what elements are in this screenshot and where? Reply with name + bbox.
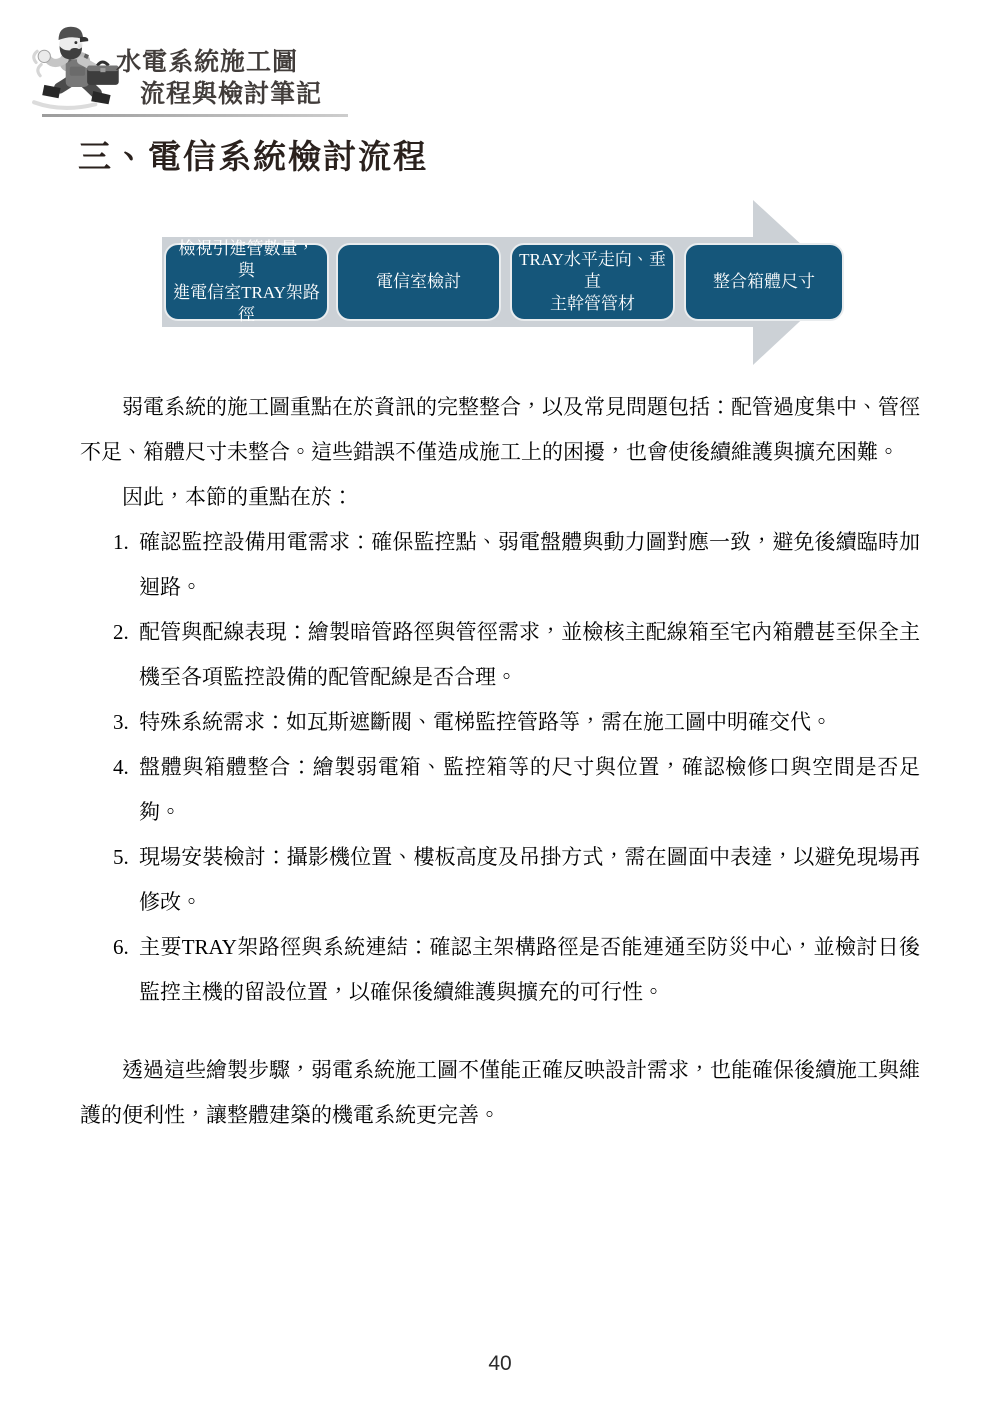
flow-step-1: 檢視引進管數量，與 進電信室TRAY架路徑 — [164, 243, 329, 321]
paragraph-closing: 透過這些繪製步驟，弱電系統施工圖不僅能正確反映設計需求，也能確保後續施工與維護的… — [80, 1048, 920, 1138]
logo-title-line2: 流程與檢討筆記 — [116, 78, 322, 110]
section-heading: 三、電信系統檢討流程 — [78, 131, 428, 178]
logo-title: 水電系統施工圖 流程與檢討筆記 — [116, 46, 322, 110]
item-number: 3. — [113, 700, 139, 745]
logo: 水電系統施工圖 流程與檢討筆記 — [30, 12, 350, 122]
flow-step-3: TRAY水平走向、垂直 主幹管管材 — [510, 243, 675, 321]
flow-step-4: 整合箱體尺寸 — [684, 243, 844, 321]
item-number: 6. — [113, 925, 139, 970]
item-number: 1. — [113, 520, 139, 565]
numbered-list: 1. 確認監控設備用電需求：確保監控點、弱電盤體與動力圖對應一致，避免後續臨時加… — [80, 520, 920, 1015]
list-item: 6. 主要TRAY架路徑與系統連結：確認主架構路徑是否能連通至防災中心，並檢討日… — [113, 925, 920, 1015]
paragraph-intro: 弱電系統的施工圖重點在於資訊的完整整合，以及常見問題包括：配管過度集中、管徑不足… — [80, 385, 920, 475]
flow-step-2: 電信室檢討 — [336, 243, 501, 321]
item-text: 特殊系統需求：如瓦斯遮斷閥、電梯監控管路等，需在施工圖中明確交代。 — [139, 700, 920, 745]
item-number: 4. — [113, 745, 139, 790]
item-text: 確認監控設備用電需求：確保監控點、弱電盤體與動力圖對應一致，避免後續臨時加迴路。 — [139, 520, 920, 610]
paragraph-lead-in: 因此，本節的重點在於： — [80, 475, 920, 520]
item-number: 2. — [113, 610, 139, 655]
body-content: 弱電系統的施工圖重點在於資訊的完整整合，以及常見問題包括：配管過度集中、管徑不足… — [80, 385, 920, 1138]
page-number: 40 — [0, 1352, 1000, 1376]
list-item: 5. 現場安裝檢討：攝影機位置、樓板高度及吊掛方式，需在圖面中表達，以避免現場再… — [113, 835, 920, 925]
logo-title-line1: 水電系統施工圖 — [116, 48, 298, 76]
item-number: 5. — [113, 835, 139, 880]
flow-step-label: 整合箱體尺寸 — [713, 271, 815, 293]
list-item: 3. 特殊系統需求：如瓦斯遮斷閥、電梯監控管路等，需在施工圖中明確交代。 — [113, 700, 920, 745]
flow-step-label: 檢視引進管數量，與 進電信室TRAY架路徑 — [172, 238, 321, 326]
item-text: 現場安裝檢討：攝影機位置、樓板高度及吊掛方式，需在圖面中表達，以避免現場再修改。 — [139, 835, 920, 925]
list-item: 1. 確認監控設備用電需求：確保監控點、弱電盤體與動力圖對應一致，避免後續臨時加… — [113, 520, 920, 610]
item-text: 主要TRAY架路徑與系統連結：確認主架構路徑是否能連通至防災中心，並檢討日後監控… — [139, 925, 920, 1015]
logo-underline — [42, 114, 348, 117]
flow-step-label: 電信室檢討 — [376, 271, 461, 293]
flow-diagram: 檢視引進管數量，與 進電信室TRAY架路徑 電信室檢討 TRAY水平走向、垂直 … — [160, 198, 855, 370]
document-page: 水電系統施工圖 流程與檢討筆記 三、電信系統檢討流程 檢視引進管數量，與 進電信… — [0, 0, 1000, 1415]
list-item: 2. 配管與配線表現：繪製暗管路徑與管徑需求，並檢核主配線箱至宅內箱體甚至保全主… — [113, 610, 920, 700]
flow-step-label: TRAY水平走向、垂直 主幹管管材 — [518, 249, 667, 315]
item-text: 盤體與箱體整合：繪製弱電箱、監控箱等的尺寸與位置，確認檢修口與空間是否足夠。 — [139, 745, 920, 835]
item-text: 配管與配線表現：繪製暗管路徑與管徑需求，並檢核主配線箱至宅內箱體甚至保全主機至各… — [139, 610, 920, 700]
list-item: 4. 盤體與箱體整合：繪製弱電箱、監控箱等的尺寸與位置，確認檢修口與空間是否足夠… — [113, 745, 920, 835]
